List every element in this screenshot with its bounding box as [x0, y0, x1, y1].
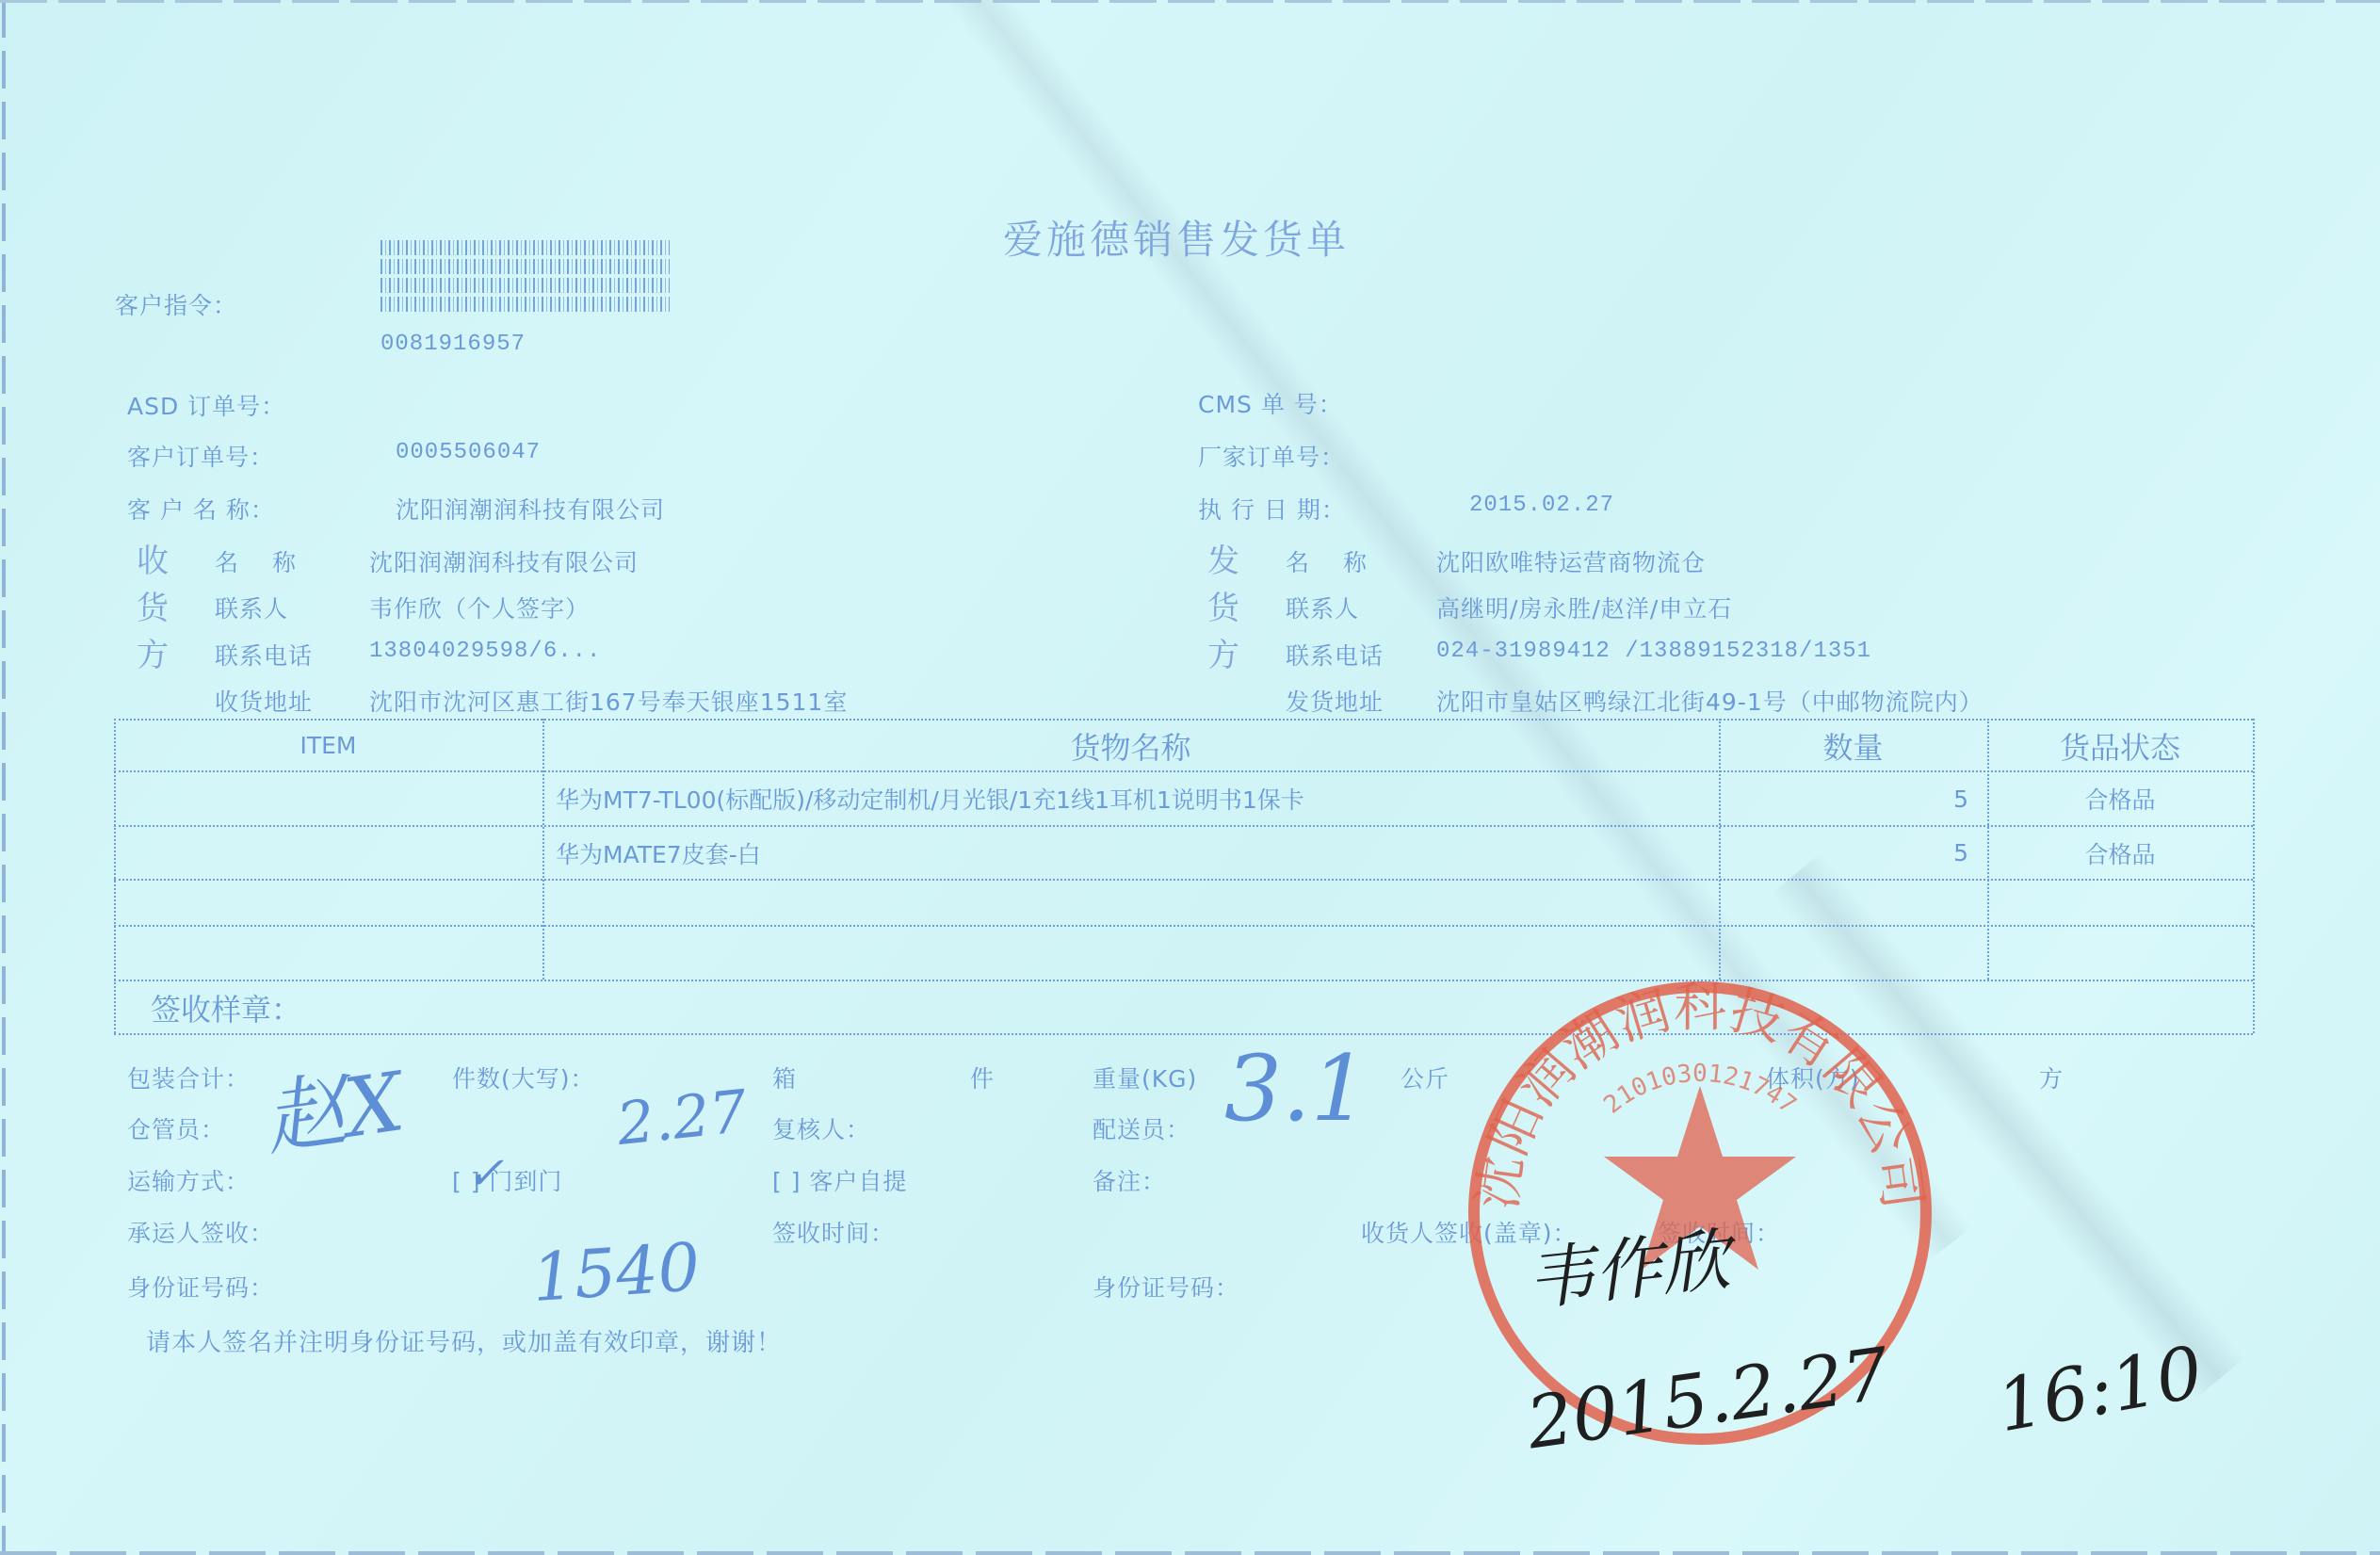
handwritten-keeper-date: 2.27: [614, 1077, 751, 1158]
keeper-label: 仓管员：: [127, 1111, 225, 1145]
cell-status: 合格品: [1987, 827, 2253, 879]
pieces-label: 件数(大写)：: [452, 1061, 595, 1094]
factory-order-label: 厂家订单号：: [1198, 439, 1345, 473]
cms-label: CMS 单 号：: [1198, 386, 1343, 420]
cell-goods-name: 华为MATE7皮套-白: [556, 827, 1705, 879]
carrier-sign-label: 承运人签收：: [127, 1215, 274, 1249]
sender-address-label: 发货地址: [1286, 684, 1384, 718]
handwritten-door-check: ✓: [466, 1147, 504, 1200]
notice-text: 请本人签名并注明身份证号码，或加盖有效印章，谢谢！: [146, 1323, 782, 1358]
sender-address-value: 沈阳市皇姑区鸭绿江北街49-1号（中邮物流院内）: [1436, 684, 1983, 718]
barcode: [380, 240, 670, 314]
receiver-phone-label: 联系电话: [215, 638, 313, 672]
receiver-phone-value: 13804029598/6...: [369, 639, 601, 664]
receiver-address-value: 沈阳市沈河区惠工街167号奉天银座1511室: [369, 684, 848, 718]
exec-date-label: 执 行 日 期：: [1198, 492, 1346, 526]
perforated-edge-left: [2, 0, 6, 1555]
cell-quantity: 5: [1719, 827, 1968, 879]
cell-item: [114, 827, 542, 879]
column-header-quantity: 数量: [1719, 721, 1987, 770]
piece-label: 件: [970, 1061, 995, 1094]
transport-pickup-option: [ ] 客户自提: [772, 1163, 907, 1197]
receiver-side-char: 货: [137, 582, 170, 628]
column-header-status: 货品状态: [1987, 721, 2253, 770]
sender-name-value: 沈阳欧唯特运营商物流仓: [1436, 544, 1706, 578]
column-header-item: ITEM: [114, 721, 542, 770]
table-border: [2253, 719, 2255, 1033]
column-header-goods-name: 货物名称: [542, 721, 1719, 770]
sign-sample-label: 签收样章：: [151, 981, 301, 1033]
reviewer-label: 复核人：: [772, 1111, 870, 1145]
sender-side-char: 发: [1207, 535, 1240, 581]
box-label: 箱: [772, 1061, 797, 1094]
receiver-address-label: 收货地址: [215, 684, 313, 718]
receiver-contact-label: 联系人: [215, 591, 288, 624]
handwritten-weight: 3.1: [1224, 1036, 1368, 1142]
volume-unit: 方: [2039, 1061, 2064, 1094]
dispatcher-label: 配送员：: [1093, 1111, 1190, 1145]
sender-contact-value: 高继明/房永胜/赵洋/申立石: [1436, 591, 1732, 624]
sender-phone-label: 联系电话: [1286, 638, 1384, 672]
id-number-label-right: 身份证号码：: [1093, 1270, 1239, 1304]
id-number-label-left: 身份证号码：: [127, 1270, 274, 1304]
cell-goods-name: 华为MT7-TL00(标配版)/移动定制机/月光银/1充1线1耳机1说明书1保卡: [556, 772, 1705, 825]
weight-unit: 公斤: [1400, 1061, 1449, 1094]
customer-order-value: 0005506047: [396, 440, 541, 465]
cell-status: 合格品: [1987, 772, 2253, 825]
receiver-side-char: 方: [137, 629, 170, 675]
customer-instruction-label: 客户指令：: [115, 287, 237, 321]
barcode-number: 0081916957: [380, 332, 526, 357]
weight-label: 重量(KG): [1093, 1061, 1197, 1094]
sender-name-label: 名 称: [1286, 544, 1380, 578]
handwritten-keeper-signature: 赵X: [256, 1036, 410, 1171]
perforated-edge-bottom: [0, 1551, 2380, 1555]
customer-name-value: 沈阳润潮润科技有限公司: [396, 492, 665, 526]
remark-label: 备注：: [1093, 1163, 1166, 1197]
sender-phone-value: 024-31989412 /13889152318/1351: [1436, 639, 1871, 664]
cell-quantity: 5: [1719, 772, 1968, 825]
receiver-name-value: 沈阳润潮润科技有限公司: [369, 544, 639, 578]
asd-order-label: ASD 订单号：: [127, 388, 285, 422]
handwritten-carrier-time: 1540: [529, 1228, 702, 1317]
receiver-name-label: 名 称: [215, 544, 309, 578]
sender-side-char: 方: [1207, 629, 1240, 675]
exec-date-value: 2015.02.27: [1469, 493, 1614, 518]
document-title: 爱施德销售发货单: [1003, 209, 1350, 266]
sender-side-char: 货: [1207, 582, 1240, 628]
customer-name-label: 客 户 名 称：: [127, 492, 275, 526]
sender-contact-label: 联系人: [1286, 591, 1359, 624]
sign-time-label: 签收时间：: [772, 1215, 895, 1249]
customer-order-label: 客户订单号：: [127, 439, 274, 473]
receiver-side-char: 收: [137, 535, 170, 581]
cell-item: [114, 772, 542, 825]
transport-label: 运输方式：: [127, 1163, 250, 1197]
cell-goods-name: [556, 881, 1705, 925]
receiver-contact-value: 韦作欣（个人签字）: [369, 591, 590, 624]
package-total-label: 包装合计：: [127, 1061, 250, 1094]
perforated-edge-top: [0, 0, 2380, 3]
